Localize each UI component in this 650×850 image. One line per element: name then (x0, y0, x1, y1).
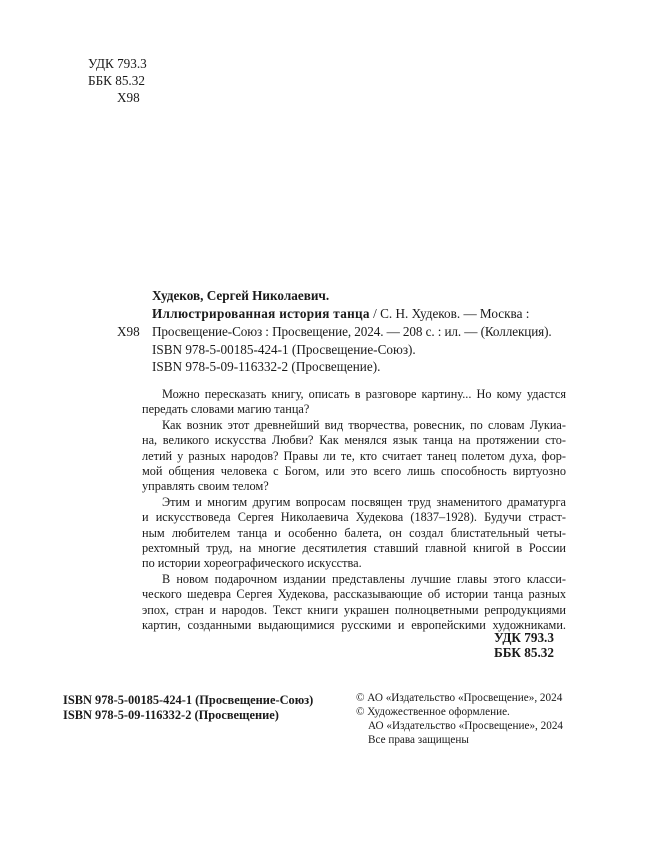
footer-isbn-1: ISBN 978-5-00185-424-1 (Просвещение-Союз… (63, 693, 313, 708)
copyright-publisher: © АО «Издательство «Просвещение», 2024 (356, 692, 562, 704)
udk-code-top: УДК 793.3 (88, 56, 147, 72)
record-title-rest: / С. Н. Худеков. — Москва : (370, 306, 530, 321)
annotation: Можно пересказать книгу, описать в разго… (142, 387, 566, 634)
annotation-paragraph-1: Можно пересказать книгу, описать в разго… (142, 387, 566, 418)
record-title-line: Иллюстрированная история танца / С. Н. Х… (152, 306, 529, 322)
all-rights-reserved: Все права защищены (368, 734, 469, 746)
copyright-design: © Художественное оформление. (356, 706, 510, 718)
annotation-paragraph-4: В новом подарочном издании представлены … (142, 572, 566, 634)
record-title: Иллюстрированная история танца (152, 306, 370, 321)
bbk-code-bottom: ББК 85.32 (494, 645, 554, 661)
udk-code-bottom: УДК 793.3 (494, 630, 554, 646)
record-isbn-1: ISBN 978-5-00185-424-1 (Просвещение-Союз… (152, 342, 416, 358)
author-mark-top: Х98 (117, 90, 140, 106)
record-publisher-line: Просвещение-Союз : Просвещение, 2024. — … (152, 324, 552, 340)
bbk-code-top: ББК 85.32 (88, 73, 145, 89)
record-isbn-2: ISBN 978-5-09-116332-2 (Просвещение). (152, 359, 380, 375)
record-author: Худеков, Сергей Николаевич. (152, 288, 329, 304)
annotation-paragraph-2: Как возник этот древнейший вид творчеств… (142, 418, 566, 495)
footer-isbn-2: ISBN 978-5-09-116332-2 (Просвещение) (63, 708, 279, 723)
copyright-design-holder: АО «Издательство «Просвещение», 2024 (368, 720, 563, 732)
record-author-mark: Х98 (117, 324, 140, 340)
annotation-paragraph-3: Этим и многим другим вопросам посвящен т… (142, 495, 566, 572)
